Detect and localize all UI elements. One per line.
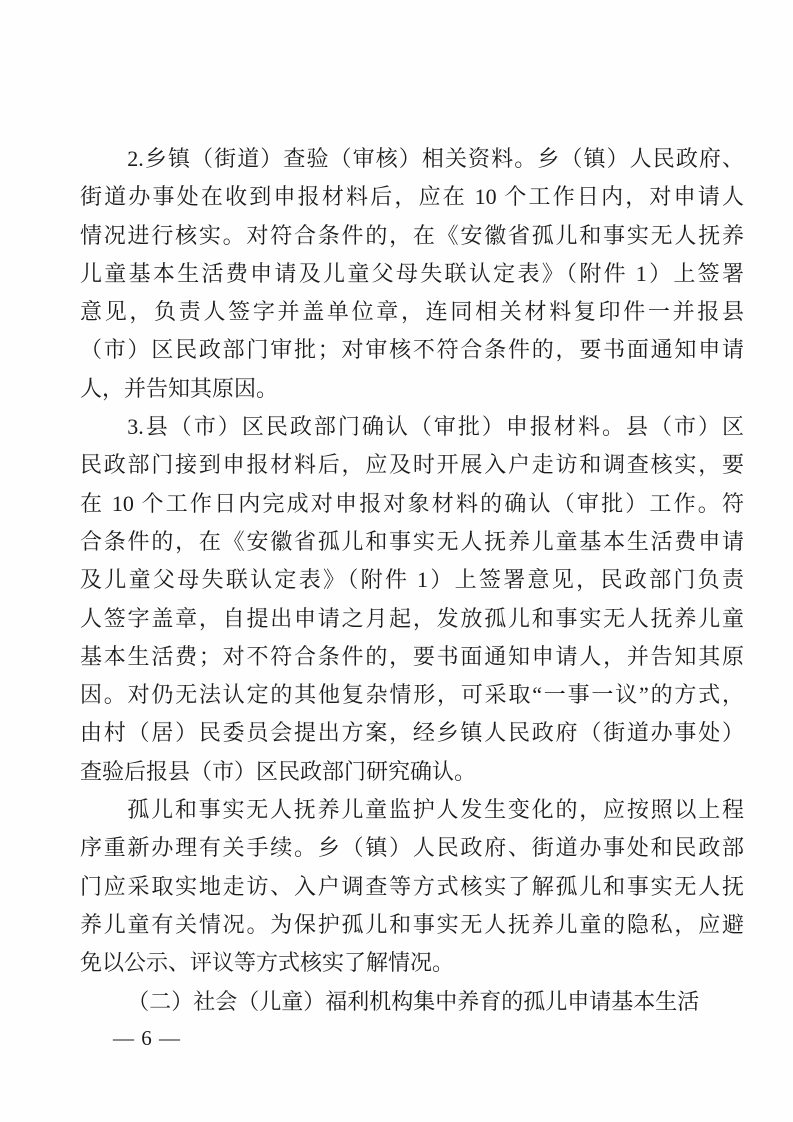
body-line: 基本生活费；对不符合条件的，要书面通知申请人，并告知其原 bbox=[80, 638, 744, 676]
body-line: 及儿童父母失联认定表》（附件 1）上签署意见，民政部门负责 bbox=[80, 561, 744, 599]
body-line: 由村（居）民委员会提出方案，经乡镇人民政府（街道办事处） bbox=[80, 714, 744, 752]
body-line: 序重新办理有关手续。乡（镇）人民政府、街道办事处和民政部 bbox=[80, 829, 744, 867]
body-line: 在 10 个工作日内完成对申报对象材料的确认（审批）工作。符 bbox=[80, 485, 744, 523]
body-line: 情况进行核实。对符合条件的，在《安徽省孤儿和事实无人抚养 bbox=[80, 217, 744, 255]
body-line: 2.乡镇（街道）查验（审核）相关资料。乡（镇）人民政府、 bbox=[80, 140, 744, 178]
body-line: 孤儿和事实无人抚养儿童监护人发生变化的，应按照以上程 bbox=[80, 791, 744, 829]
body-line: 人，并告知其原因。 bbox=[80, 370, 744, 408]
body-line: 3.县（市）区民政部门确认（审批）申报材料。县（市）区 bbox=[80, 408, 744, 446]
body-line: 儿童基本生活费申请及儿童父母失联认定表》（附件 1）上签署 bbox=[80, 255, 744, 293]
body-line: 街道办事处在收到申报材料后，应在 10 个工作日内，对申请人 bbox=[80, 178, 744, 216]
body-line: 门应采取实地走访、入户调查等方式核实了解孤儿和事实无人抚 bbox=[80, 868, 744, 906]
body-line: （二）社会（儿童）福利机构集中养育的孤儿申请基本生活 bbox=[80, 983, 744, 1021]
document-body: 2.乡镇（街道）查验（审核）相关资料。乡（镇）人民政府、 街道办事处在收到申报材… bbox=[80, 140, 744, 1021]
body-line: 民政部门接到申报材料后，应及时开展入户走访和调查核实，要 bbox=[80, 446, 744, 484]
body-line: （市）区民政部门审批；对审核不符合条件的，要书面通知申请 bbox=[80, 331, 744, 369]
body-line: 人签字盖章，自提出申请之月起，发放孤儿和事实无人抚养儿童 bbox=[80, 600, 744, 638]
page-number: — 6 — bbox=[113, 1023, 181, 1053]
body-line: 合条件的，在《安徽省孤儿和事实无人抚养儿童基本生活费申请 bbox=[80, 523, 744, 561]
body-line: 查验后报县（市）区民政部门研究确认。 bbox=[80, 753, 744, 791]
document-page: 2.乡镇（街道）查验（审核）相关资料。乡（镇）人民政府、 街道办事处在收到申报材… bbox=[0, 0, 793, 1122]
body-line: 意见，负责人签字并盖单位章，连同相关材料复印件一并报县 bbox=[80, 293, 744, 331]
body-line: 养儿童有关情况。为保护孤儿和事实无人抚养儿童的隐私，应避 bbox=[80, 906, 744, 944]
body-line: 因。对仍无法认定的其他复杂情形，可采取“一事一议”的方式， bbox=[80, 676, 744, 714]
body-line: 免以公示、评议等方式核实了解情况。 bbox=[80, 944, 744, 982]
